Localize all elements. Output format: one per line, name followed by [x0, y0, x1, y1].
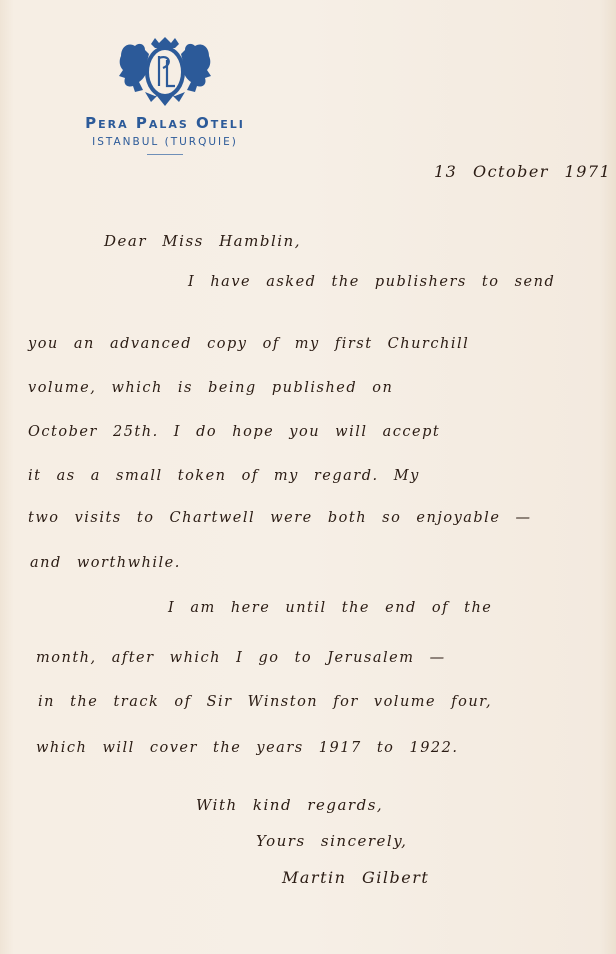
body-line: I have asked the publishers to send — [188, 274, 555, 290]
body-line: and worthwhile. — [30, 555, 181, 571]
letter-date: 13 October 1971 — [434, 162, 611, 181]
body-line: you an advanced copy of my first Churchi… — [28, 336, 469, 352]
body-line: two visits to Chartwell were both so enj… — [28, 510, 532, 526]
letterhead: Pera Palas Oteli ISTANBUL (TURQUIE) — [40, 36, 290, 155]
letterhead-divider — [147, 154, 183, 155]
body-line: volume, which is being published on — [28, 380, 393, 396]
body-line: month, after which I go to Jerusalem — — [36, 650, 446, 666]
signature: Martin Gilbert — [282, 868, 429, 887]
body-line: in the track of Sir Winston for volume f… — [38, 694, 492, 710]
salutation: Dear Miss Hamblin, — [104, 232, 301, 250]
body-line: which will cover the years 1917 to 1922. — [36, 740, 459, 756]
valediction: Yours sincerely, — [256, 832, 407, 850]
body-line: October 25th. I do hope you will accept — [28, 424, 440, 440]
monogram-crest-icon — [115, 36, 215, 108]
body-line: it as a small token of my regard. My — [28, 468, 420, 484]
body-line: I am here until the end of the — [168, 600, 492, 616]
hotel-name: Pera Palas Oteli — [40, 114, 290, 132]
closing: With kind regards, — [196, 796, 383, 814]
hotel-city: ISTANBUL (TURQUIE) — [40, 136, 290, 148]
letter-page: Pera Palas Oteli ISTANBUL (TURQUIE) 13 O… — [0, 0, 616, 954]
